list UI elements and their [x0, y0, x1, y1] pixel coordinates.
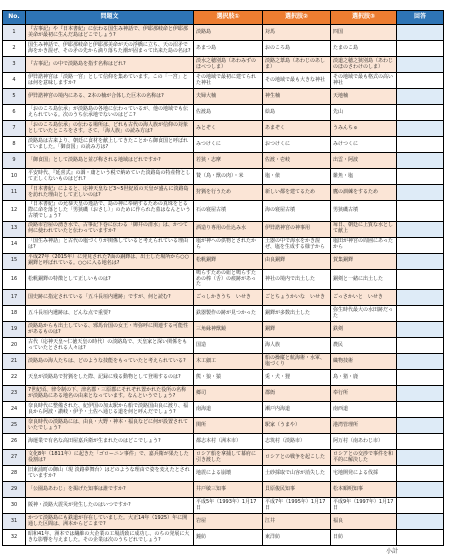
- choice2-cell: おつけくに: [263, 137, 331, 153]
- choice2-cell: 江井: [263, 514, 331, 530]
- choice1-cell: 井戸敏三知事: [194, 482, 263, 498]
- table-row: 3 『古事記』の中で淡路島を指す名称はどれ? 淡水之穂別島（あわみずのほべつしま…: [3, 57, 444, 73]
- table-row: 20 古代（応神天皇~仁徳天皇の時代）の淡路島で、天皇家と深い関係をもっていたと…: [3, 338, 444, 354]
- choice1-cell: 石の寝屋古墳: [194, 201, 263, 222]
- table-row: 13 淡路市岩屋の湧き水で、古事記下巻に伝わる「御井の清水」は、かつて何に使われ…: [3, 221, 444, 237]
- choice1-cell: 酒造り専用の仕込み水: [194, 221, 263, 237]
- answer-cell[interactable]: [397, 169, 444, 185]
- choice1-cell: 平成5年（1993年）1月17日: [194, 498, 263, 514]
- question-cell: 『日本書紀』の允恭天皇の逸話で、島の神に奉納するための真珠をとる際に命を落とした…: [26, 201, 194, 222]
- answer-cell[interactable]: [397, 185, 444, 201]
- answer-cell[interactable]: [397, 450, 444, 466]
- choice2-cell: 対馬: [263, 25, 331, 41]
- table-row: 24 奈良時代に整備された、紀伊国の加太駅から船で淡路国由良に渡り、福良から阿波…: [3, 402, 444, 418]
- answer-cell[interactable]: [397, 306, 444, 322]
- choice2-cell: 伊弉諾神宮の神事用: [263, 221, 331, 237]
- question-cell: 旧東浦町の御山（現 淡路夢舞台）はどのような理由で姿を変えたとされていますか?: [26, 466, 194, 482]
- question-cell: 伊弉諾神宮の境内にある、2本の楠が合体した巨木の名称は?: [26, 89, 194, 105]
- quiz-table-container: No. 問題文 選択肢① 選択肢② 選択肢③ 回答 1 『古事記』や『日本書紀』…: [2, 10, 444, 546]
- table-row: 28 旧東浦町の御山（現 淡路夢舞台）はどのような理由で姿を変えたとされています…: [3, 466, 444, 482]
- choice3-cell: 弥生時代最大の水田跡だった: [331, 306, 397, 322]
- choice3-cell: 宅地開発による伐採: [331, 466, 397, 482]
- row-number-cell: 22: [3, 370, 26, 386]
- choice1-cell: 郷司: [194, 386, 263, 402]
- answer-cell[interactable]: [397, 89, 444, 105]
- choice1-cell: ごっしかきうち いせき: [194, 290, 263, 306]
- choice2-cell: 船の操縦と航海術・水軍、塩づくり: [263, 354, 331, 370]
- choice2-cell: 銅鐸が多数出土した: [263, 306, 331, 322]
- choice3-cell: 塩田が神宮の周囲にあったから: [331, 237, 397, 253]
- row-number-cell: 28: [3, 466, 26, 482]
- answer-cell[interactable]: [397, 201, 444, 222]
- choice3-cell: 男狭磯古墳: [331, 201, 397, 222]
- table-row: 11 『日本書紀』によると、応神天皇など3~5世紀頃の天皇が盛んに淡路島を訪れた…: [3, 185, 444, 201]
- answer-cell[interactable]: [397, 386, 444, 402]
- question-cell: 淡路島からも出土している、邪馬台国の女王・卑弥呼に関連する可能性があるものは?: [26, 322, 194, 338]
- header-no: No.: [3, 11, 26, 25]
- answer-cell[interactable]: [397, 153, 444, 169]
- choice2-cell: 平成7年（1995年）1月17日: [263, 498, 331, 514]
- question-cell: 「公園島あわじ」を掲げた知事は誰ですか?: [26, 482, 194, 498]
- table-row: 32 昭和41年、洲本では繊維の大企業の工場誘致に成功し、のちの発展に大きな影響…: [3, 530, 444, 546]
- row-number-cell: 8: [3, 137, 26, 153]
- choice1-cell: 三角縁神獣鏡: [194, 322, 263, 338]
- answer-cell[interactable]: [397, 466, 444, 482]
- choice1-cell: 狩猟を行うため: [194, 185, 263, 201]
- answer-cell[interactable]: [397, 25, 444, 41]
- answer-cell[interactable]: [397, 290, 444, 306]
- row-number-cell: 20: [3, 338, 26, 354]
- table-row: 27 文化8年（1811年）に起きた「ゴローニン事件」で、嘉兵衛が果たした役割は…: [3, 450, 444, 466]
- table-row: 21 淡路島の海人たちは、どのような技能をもっていたと考えられている? 木工細工…: [3, 354, 444, 370]
- choice1-cell: 熊・狼・猿: [194, 370, 263, 386]
- question-cell: 国史跡に指定されている「五斗長垣内遺跡」ですが、何と読む?: [26, 290, 194, 306]
- header-answer: 回答: [397, 11, 444, 25]
- choice2-cell: 佐渡・壱岐: [263, 153, 331, 169]
- table-row: 15 平成27年（2015年）に発見された7面の銅鐸は、出土した場所から○○銅鐸…: [3, 253, 444, 269]
- choice3-cell: ごっさかいと いせき: [331, 290, 397, 306]
- row-number-cell: 13: [3, 221, 26, 237]
- choice2-cell: おのころ島: [263, 41, 331, 57]
- answer-cell[interactable]: [397, 498, 444, 514]
- table-row: 25 奈良時代の淡路島には、由良・大野・神本・福良などに何が設置されていたでしょ…: [3, 418, 444, 434]
- choice1-cell: 南海道: [194, 402, 263, 418]
- choice2-cell: 新しい都を建てるため: [263, 185, 331, 201]
- row-number-cell: 2: [3, 41, 26, 57]
- table-row: 19 淡路島からも出土している、邪馬台国の女王・卑弥呼に関連する可能性があるもの…: [3, 322, 444, 338]
- choice3-cell: たまのこ島: [331, 41, 397, 57]
- answer-cell[interactable]: [397, 514, 444, 530]
- answer-cell[interactable]: [397, 530, 444, 546]
- row-number-cell: 31: [3, 514, 26, 530]
- answer-cell[interactable]: [397, 121, 444, 137]
- choice1-cell: 若狭・志摩: [194, 153, 263, 169]
- choice2-cell: 塩・俵: [263, 169, 331, 185]
- choice2-cell: 神生楠: [263, 89, 331, 105]
- question-cell: 淡路島は古来より、朝廷に食材を献上してきたことから御食国と呼ばれていました。「御…: [26, 137, 194, 153]
- header-row: No. 問題文 選択肢① 選択肢② 選択肢③ 回答: [3, 11, 444, 25]
- choice3-cell: 淡道之穂之狭別島（あわじのほのさわけのしま）: [331, 57, 397, 73]
- answer-cell[interactable]: [397, 41, 444, 57]
- table-row: 18 五斗長垣内遺跡は、どんな点で重要? 鉄器製作の跡が見つかった 銅鐸が多数出…: [3, 306, 444, 322]
- row-number-cell: 14: [3, 237, 26, 253]
- table-row: 10 平安時代、『延喜式』の調・庸という税で納めていた淡路島の特産物として正しく…: [3, 169, 444, 185]
- question-cell: 7世紀頃、律令制の下、津名郡・三原郡にそれぞれ置かれた役所の名称が淡路島にある地…: [26, 386, 194, 402]
- question-cell: 「おのころ島伝承」が淡路島の各地に伝わっているが、他の地域でも伝えられている。次…: [26, 105, 194, 121]
- choice2-cell: ごとちょうかいな いせき: [263, 290, 331, 306]
- question-cell: 文化8年（1811年）に起きた「ゴローニン事件」で、嘉兵衛が果たした役割は?: [26, 450, 194, 466]
- choice1-cell: ロシア船を拿捕して幕府に引き渡した: [194, 450, 263, 466]
- question-cell: 国生み神話で、伊耶那岐命と伊耶那美命が天の浮橋に立ち、天の沼矛で海をかき混ぜ、そ…: [26, 41, 194, 57]
- header-choice3: 選択肢③: [331, 11, 397, 25]
- header-question: 問題文: [26, 11, 194, 25]
- choice1-cell: 関所: [194, 418, 263, 434]
- choice2-cell: 海人族: [263, 338, 331, 354]
- choice1-cell: 淡路島: [194, 25, 263, 41]
- choice2-cell: 海の寝屋古墳: [263, 201, 331, 222]
- row-number-cell: 23: [3, 386, 26, 402]
- choice2-cell: 神社の境内で出土した: [263, 269, 331, 290]
- row-number-cell: 11: [3, 185, 26, 201]
- row-number-cell: 30: [3, 498, 26, 514]
- choice3-cell: 鷹の訓練をするため: [331, 185, 397, 201]
- choice3-cell: 福良: [331, 514, 397, 530]
- row-number-cell: 19: [3, 322, 26, 338]
- choice2-cell: 貝原俊民知事: [263, 482, 331, 498]
- question-cell: 松帆銅鐸の特徴として正しいものは?: [26, 269, 194, 290]
- table-row: 8 淡路島は古来より、朝廷に食材を献上してきたことから御食国と呼ばれていました。…: [3, 137, 444, 153]
- choice3-cell: 阿万村（南あわじ市）: [331, 434, 397, 450]
- choice3-cell: 港湾管理所: [331, 418, 397, 434]
- answer-cell[interactable]: [397, 370, 444, 386]
- choice2-cell: あまぞく: [263, 121, 331, 137]
- question-cell: 昭和41年、洲本では繊維の大企業の工場誘致に成功し、のちの発展に大きな影響を与え…: [26, 530, 194, 546]
- question-cell: 平安時代、『延喜式』の調・庸という税で納めていた淡路島の特産物として正しくないも…: [26, 169, 194, 185]
- quiz-table-body: 1 『古事記』や『日本書紀』に伝わる国生み神話で、伊耶那岐命と伊耶那美命が最初に…: [3, 25, 444, 546]
- answer-cell[interactable]: [397, 237, 444, 253]
- row-number-cell: 7: [3, 121, 26, 137]
- choice1-cell: 鐘紡: [194, 530, 263, 546]
- answer-cell[interactable]: [397, 253, 444, 269]
- table-row: 6 「おのころ島伝承」が淡路島の各地に伝わっているが、他の地域でも伝えられている…: [3, 105, 444, 121]
- choice1-cell: 岩屋: [194, 514, 263, 530]
- choice3-cell: 平成9年（1997年）1月17日: [331, 498, 397, 514]
- answer-cell[interactable]: [397, 322, 444, 338]
- row-number-cell: 32: [3, 530, 26, 546]
- choice3-cell: 鉄剣: [331, 322, 397, 338]
- row-number-cell: 4: [3, 73, 26, 89]
- row-number-cell: 10: [3, 169, 26, 185]
- choice1-cell: 贄（鳥・獣の肉）・米: [194, 169, 263, 185]
- table-row: 12 『日本書紀』の允恭天皇の逸話で、島の神に奉納するための真珠をとる際に命を落…: [3, 201, 444, 222]
- question-cell: 伊弉諾神宮は「淡路一宮」として信仰を集めています。この「一宮」とは何を意味します…: [26, 73, 194, 89]
- choice3-cell: 日紡: [331, 530, 397, 546]
- choice2-cell: 瀬戸内海道: [263, 402, 331, 418]
- choice1-cell: 佐渡島: [194, 105, 263, 121]
- row-number-cell: 18: [3, 306, 26, 322]
- question-cell: 『古事記』や『日本書紀』に伝わる国生み神話で、伊耶那岐命と伊耶那美命が最初に生ん…: [26, 25, 194, 41]
- row-number-cell: 5: [3, 89, 26, 105]
- choice3-cell: 奉行所: [331, 386, 397, 402]
- row-number-cell: 9: [3, 153, 26, 169]
- choice3-cell: 松本順明知事: [331, 482, 397, 498]
- answer-cell[interactable]: [397, 221, 444, 237]
- answer-cell[interactable]: [397, 434, 444, 450]
- choice3-cell: みけつくに: [331, 137, 397, 153]
- question-cell: 『古事記』の中で淡路島を指す名称はどれ?: [26, 57, 194, 73]
- question-cell: かつて淡路島にも鉄道が存在していました。大正14年（1925）年に開通した区間は…: [26, 514, 194, 530]
- answer-cell[interactable]: [397, 402, 444, 418]
- choice2-cell: 東洋紡: [263, 530, 331, 546]
- question-cell: 奈良時代の淡路島には、由良・大野・神本・福良などに何が設置されていたでしょう?: [26, 418, 194, 434]
- choice2-cell: 淡路之葦島（あわじのあしま）: [263, 57, 331, 73]
- row-number-cell: 12: [3, 201, 26, 222]
- choice3-cell: 先山: [331, 105, 397, 121]
- choice2-cell: ロシアとの戦争を起こした: [263, 450, 331, 466]
- choice1-cell: 地震による崩壊: [194, 466, 263, 482]
- choice1-cell: あまつ島: [194, 41, 263, 57]
- question-cell: 海運業で有名な高田屋嘉兵衛が生まれたのはどこでしょう?: [26, 434, 194, 450]
- header-choice1: 選択肢①: [194, 11, 263, 25]
- table-row: 17 国史跡に指定されている「五斗長垣内遺跡」ですが、何と読む? ごっしかきうち…: [3, 290, 444, 306]
- choice2-cell: 銅鐸: [263, 322, 331, 338]
- choice1-cell: 淡水之穂別島（あわみずのほべつしま）: [194, 57, 263, 73]
- choice1-cell: みとぞく: [194, 121, 263, 137]
- question-cell: 阪神・淡路大震災が発生したのはいつですか?: [26, 498, 194, 514]
- subtotal-label: 小計: [386, 546, 398, 555]
- question-cell: 淡路市岩屋の湧き水で、古事記下巻に伝わる「御井の清水」は、かつて何に使われていた…: [26, 221, 194, 237]
- row-number-cell: 27: [3, 450, 26, 466]
- question-cell: 天皇が淡路島で狩猟をした際、記録に残る動物として登場するのは?: [26, 370, 194, 386]
- choice3-cell: 南西道: [331, 402, 397, 418]
- header-choice2: 選択肢②: [263, 11, 331, 25]
- table-row: 22 天皇が淡路島で狩猟をした際、記録に残る動物として登場するのは? 熊・狼・猿…: [3, 370, 444, 386]
- table-row: 5 伊弉諾神宮の境内にある、2本の楠が合体した巨木の名称は? 夫婦大楠 神生楠 …: [3, 89, 444, 105]
- choice3-cell: 鳥・猪・鹿: [331, 370, 397, 386]
- table-row: 4 伊弉諾神宮は「淡路一宮」として信仰を集めています。この「一宮」とは何を意味し…: [3, 73, 444, 89]
- table-row: 7 「おのころ島伝承」の伝わる場所は、どれも古代の海人族が信仰の対象としていたと…: [3, 121, 444, 137]
- answer-cell[interactable]: [397, 418, 444, 434]
- choice3-cell: 出雲・阿波: [331, 153, 397, 169]
- choice2-cell: 駅家（うまや）: [263, 418, 331, 434]
- choice2-cell: 郡衙: [263, 386, 331, 402]
- row-number-cell: 3: [3, 57, 26, 73]
- quiz-table: No. 問題文 選択肢① 選択肢② 選択肢③ 回答 1 『古事記』や『日本書紀』…: [2, 10, 444, 546]
- choice3-cell: うみんちゅ: [331, 121, 397, 137]
- choice3-cell: 賀集銅鐸: [331, 253, 397, 269]
- table-row: 2 国生み神話で、伊耶那岐命と伊耶那美命が天の浮橋に立ち、天の沼矛で海をかき混ぜ…: [3, 41, 444, 57]
- choice2-cell: その地域で最も大きな神社: [263, 73, 331, 89]
- choice3-cell: 銅剣と一緒に出土した: [331, 269, 397, 290]
- table-row: 9 「御食国」として淡路島と並び称される地域はどれですか? 若狭・志摩 佐渡・壱…: [3, 153, 444, 169]
- question-cell: 淡路島の海人たちは、どのような技能をもっていたと考えられている?: [26, 354, 194, 370]
- row-number-cell: 17: [3, 290, 26, 306]
- question-cell: 『日本書紀』によると、応神天皇など3~5世紀頃の天皇が盛んに淡路島を訪れた理由と…: [26, 185, 194, 201]
- table-row: 1 『古事記』や『日本書紀』に伝わる国生み神話で、伊耶那岐命と伊耶那美命が最初に…: [3, 25, 444, 41]
- choice3-cell: 農民: [331, 338, 397, 354]
- answer-cell[interactable]: [397, 137, 444, 153]
- row-number-cell: 6: [3, 105, 26, 121]
- choice1-cell: その地域で最初に建てられた神社: [194, 73, 263, 89]
- answer-cell[interactable]: [397, 269, 444, 290]
- choice2-cell: 志筑村（淡路市）: [263, 434, 331, 450]
- answer-cell[interactable]: [397, 73, 444, 89]
- question-cell: 平成27年（2015年）に発見された7面の銅鐸は、出土した場所から○○銅鐸と呼ば…: [26, 253, 194, 269]
- row-number-cell: 25: [3, 418, 26, 434]
- choice1-cell: 鉄器製作の跡が見つかった: [194, 306, 263, 322]
- choice1-cell: 松帆銅鐸: [194, 253, 263, 269]
- choice1-cell: 塩が神への供物とされたから: [194, 237, 263, 253]
- table-row: 26 海運業で有名な高田屋嘉兵衛が生まれたのはどこでしょう? 都志本村（洲本市）…: [3, 434, 444, 450]
- choice3-cell: 天地楠: [331, 89, 397, 105]
- question-cell: 「御食国」として淡路島と並び称される地域はどれですか?: [26, 153, 194, 169]
- choice3-cell: 四国: [331, 25, 397, 41]
- table-row: 23 7世紀頃、律令制の下、津名郡・三原郡にそれぞれ置かれた役所の名称が淡路島に…: [3, 386, 444, 402]
- choice2-cell: 絵島: [263, 105, 331, 121]
- table-row: 31 かつて淡路島にも鉄道が存在していました。大正14年（1925）年に開通した…: [3, 514, 444, 530]
- choice1-cell: 国造: [194, 338, 263, 354]
- quiz-table-header: No. 問題文 選択肢① 選択肢② 選択肢③ 回答: [3, 11, 444, 25]
- choice1-cell: 都志本村（洲本市）: [194, 434, 263, 450]
- answer-cell[interactable]: [397, 338, 444, 354]
- choice1-cell: 鳴らすための紐と鳴らすための棒（舌）の痕跡があった: [194, 269, 263, 290]
- row-number-cell: 15: [3, 253, 26, 269]
- choice3-cell: 織物技術: [331, 354, 397, 370]
- choice2-cell: 兎・犬・狸: [263, 370, 331, 386]
- answer-cell[interactable]: [397, 354, 444, 370]
- row-number-cell: 29: [3, 482, 26, 498]
- table-row: 30 阪神・淡路大震災が発生したのはいつですか? 平成5年（1993年）1月17…: [3, 498, 444, 514]
- answer-cell[interactable]: [397, 105, 444, 121]
- choice3-cell: 毎日、朝廷に上質な水として献上: [331, 221, 397, 237]
- choice1-cell: 木工細工: [194, 354, 263, 370]
- answer-cell[interactable]: [397, 57, 444, 73]
- table-row: 14 「国生み神話」と古代の塩づくりが関係していると考えられている理由は? 塩が…: [3, 237, 444, 253]
- row-number-cell: 16: [3, 269, 26, 290]
- choice2-cell: 由良銅鐸: [263, 253, 331, 269]
- answer-cell[interactable]: [397, 482, 444, 498]
- choice3-cell: ロシアとの交渉で事件を和平的に解決した: [331, 450, 397, 466]
- choice1-cell: 夫婦大楠: [194, 89, 263, 105]
- question-cell: 「国生み神話」と古代の塩づくりが関係していると考えられている理由は?: [26, 237, 194, 253]
- table-row: 29 「公園島あわじ」を掲げた知事は誰ですか? 井戸敏三知事 貝原俊民知事 松本…: [3, 482, 444, 498]
- question-cell: 五斗長垣内遺跡は、どんな点で重要?: [26, 306, 194, 322]
- question-cell: 奈良時代に整備された、紀伊国の加太駅から船で淡路国由良に渡り、福良から阿波・讃岐…: [26, 402, 194, 418]
- choice2-cell: 土器の中で海水をかき混ぜ、塩を生成する様子から: [263, 237, 331, 253]
- question-cell: 「おのころ島伝承」の伝わる場所は、どれも古代の海人族が信仰の対象としていたところ…: [26, 121, 194, 137]
- question-cell: 古代（応神天皇~仁徳天皇の時代）の淡路島で、天皇家と深い関係をもっていたとされる…: [26, 338, 194, 354]
- row-number-cell: 24: [3, 402, 26, 418]
- row-number-cell: 26: [3, 434, 26, 450]
- row-number-cell: 1: [3, 25, 26, 41]
- row-number-cell: 21: [3, 354, 26, 370]
- choice2-cell: 土砂採取で山容が消失した: [263, 466, 331, 482]
- choice1-cell: みつけくに: [194, 137, 263, 153]
- choice3-cell: 雑魚・塩: [331, 169, 397, 185]
- table-row: 16 松帆銅鐸の特徴として正しいものは? 鳴らすための紐と鳴らすための棒（舌）の…: [3, 269, 444, 290]
- choice3-cell: その地域で最も格式の高い神社: [331, 73, 397, 89]
